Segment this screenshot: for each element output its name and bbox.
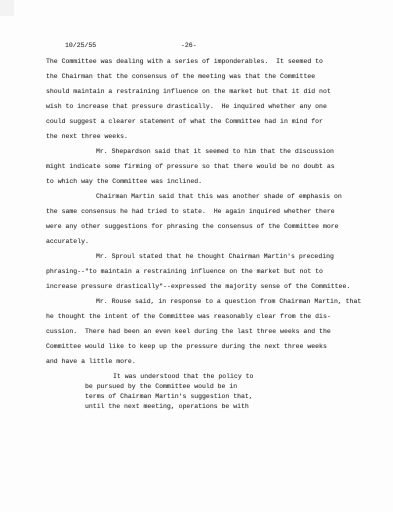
scanned-document-page: 10/25/55 -26- The Committee was dealing … bbox=[0, 0, 393, 512]
document-body: The Committee was dealing with a series … bbox=[46, 54, 376, 412]
policy-blockquote: It was understood that the policy to be … bbox=[85, 372, 376, 412]
page-number: -26- bbox=[181, 40, 197, 52]
paragraph-3: Chairman Martin said that this was anoth… bbox=[46, 189, 376, 249]
document-date: 10/25/55 bbox=[65, 40, 96, 52]
document-header: 10/25/55 -26- bbox=[0, 40, 393, 52]
paragraph-4: Mr. Sproul stated that he thought Chairm… bbox=[46, 249, 376, 294]
paragraph-2: Mr. Shepardson said that it seemed to hi… bbox=[46, 144, 376, 189]
paragraph-1: The Committee was dealing with a series … bbox=[46, 54, 376, 144]
paragraph-5: Mr. Rouse said, in response to a questio… bbox=[46, 294, 376, 369]
scan-corner-artifact bbox=[0, 0, 14, 16]
